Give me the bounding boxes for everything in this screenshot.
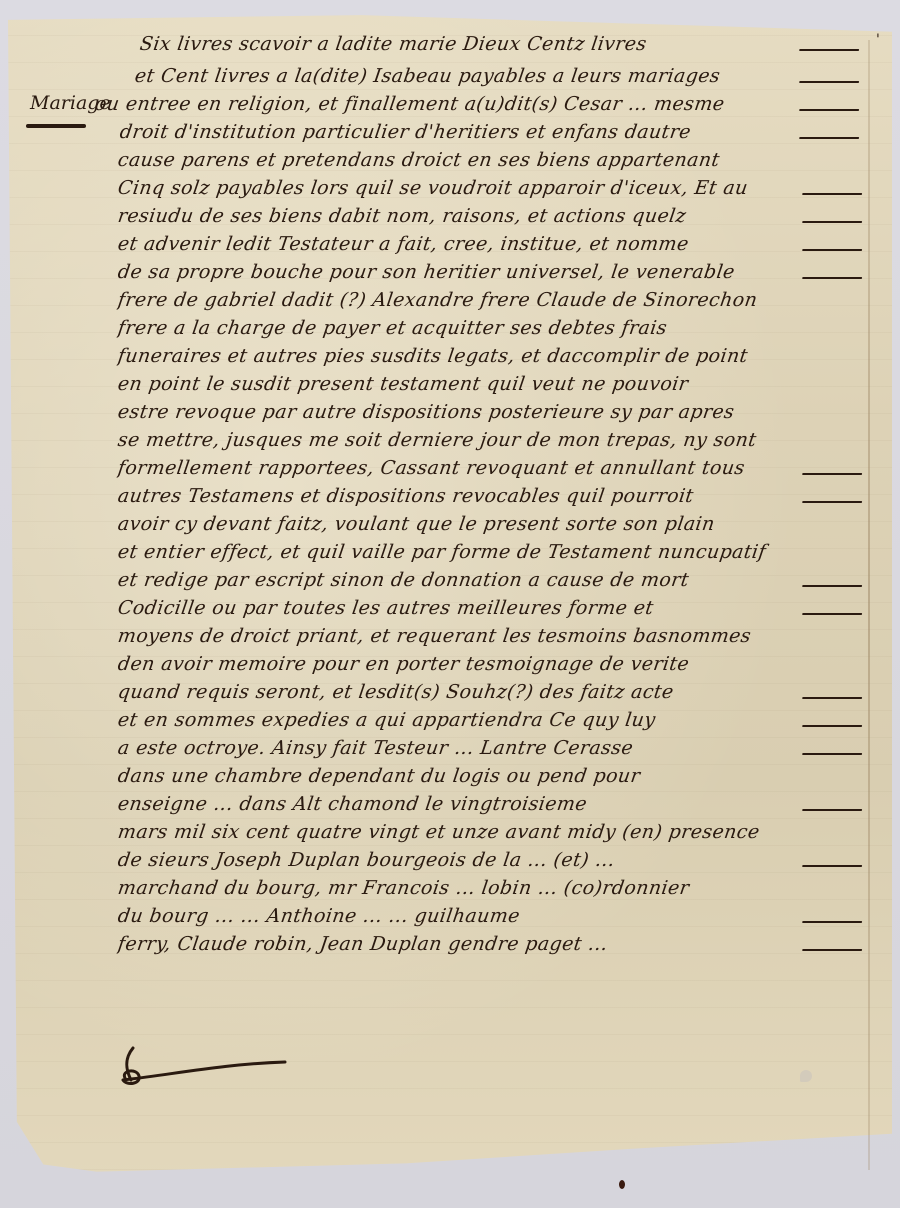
text-line: et en sommes expedies a qui appartiendra… — [116, 706, 865, 734]
manuscript-text: Six livres scavoir a ladite marie Dieux … — [0, 0, 900, 1208]
ink-spot — [619, 1180, 625, 1189]
text-line: Cinq solz payables lors quil se voudroit… — [116, 174, 865, 202]
text-line: et entier effect, et quil vaille par for… — [116, 538, 865, 566]
text-line: a este octroye. Ainsy fait Testeur ... L… — [116, 734, 865, 762]
text-line: cause parens et pretendans droict en ses… — [116, 146, 865, 174]
text-line: et advenir ledit Testateur a fait, cree,… — [116, 230, 865, 258]
text-line: du bourg ... ... Anthoine ... ... guilha… — [116, 902, 865, 930]
text-line: mars mil six cent quatre vingt et unze a… — [116, 818, 865, 846]
text-line: marchand du bourg, mr Francois ... lobin… — [116, 874, 865, 902]
text-line: se mettre, jusques me soit derniere jour… — [116, 426, 865, 454]
text-line: funeraires et autres pies susdits legats… — [116, 342, 865, 370]
paper-damage — [800, 1070, 812, 1082]
text-line: moyens de droict priant, et requerant le… — [116, 622, 865, 650]
text-line: et redige par escript sinon de donnation… — [116, 566, 865, 594]
text-line: enseigne ... dans Alt chamond le vingtro… — [116, 790, 865, 818]
text-line: ferry, Claude robin, Jean Duplan gendre … — [116, 930, 865, 958]
text-line: resiudu de ses biens dabit nom, raisons,… — [116, 202, 865, 230]
signature-flourish-icon — [115, 1040, 315, 1090]
text-line: dans une chambre dependant du logis ou p… — [116, 762, 865, 790]
text-line: quand requis seront, et lesdit(s) Souhz(… — [116, 678, 865, 706]
text-line: den avoir memoire pour en porter tesmoig… — [116, 650, 865, 678]
text-line: ou entree en religion, et finallement a(… — [93, 90, 862, 118]
text-line: frere de gabriel dadit (?) Alexandre fre… — [116, 286, 865, 314]
text-line: et Cent livres a la(dite) Isabeau payabl… — [133, 62, 862, 90]
text-line: de sa propre bouche pour son heritier un… — [116, 258, 865, 286]
text-line: en point le susdit present testament qui… — [116, 370, 865, 398]
text-line: droit d'institution particulier d'heriti… — [118, 118, 862, 146]
text-line: Codicille ou par toutes les autres meill… — [116, 594, 865, 622]
text-line: avoir cy devant faitz, voulant que le pr… — [116, 510, 865, 538]
text-line: autres Testamens et dispositions revocab… — [116, 482, 865, 510]
text-line: de sieurs Joseph Duplan bourgeois de la … — [116, 846, 865, 874]
text-line: estre revoque par autre dispositions pos… — [116, 398, 865, 426]
text-line: formellement rapportees, Cassant revoqua… — [116, 454, 865, 482]
text-line: Six livres scavoir a ladite marie Dieux … — [138, 30, 862, 58]
text-line: frere a la charge de payer et acquitter … — [116, 314, 865, 342]
